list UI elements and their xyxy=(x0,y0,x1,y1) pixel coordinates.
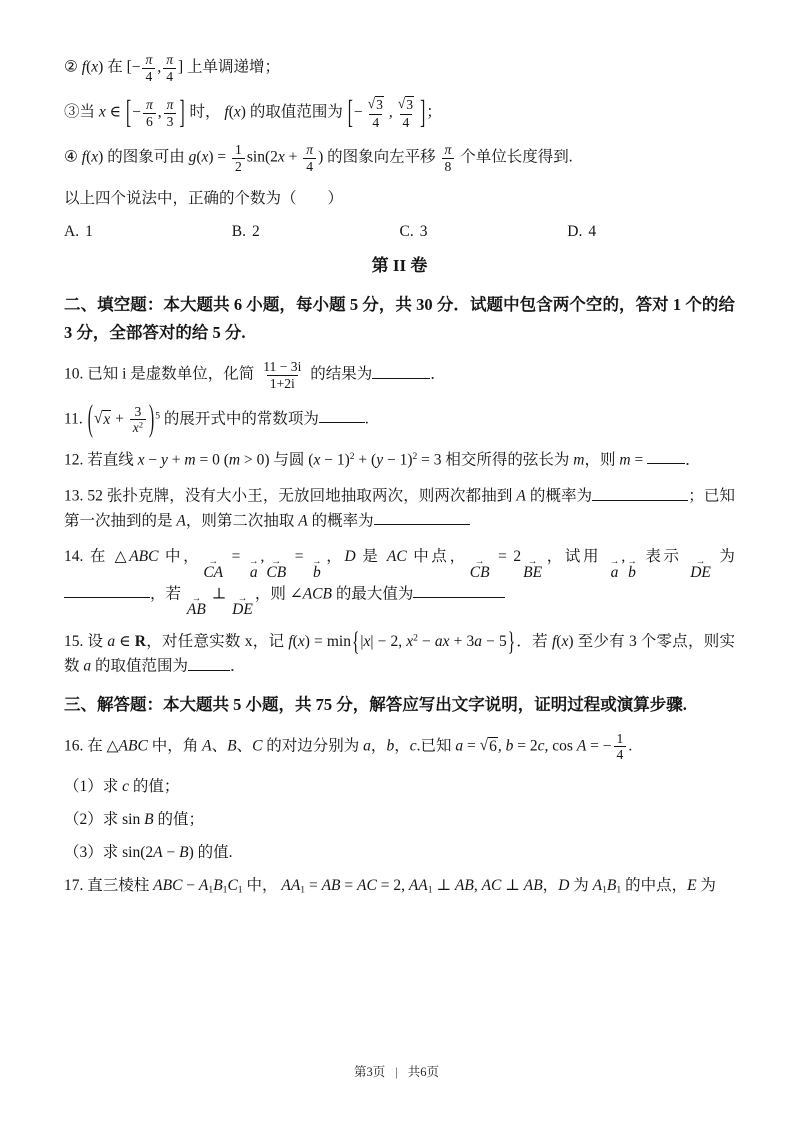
text-run: ] 上单调递增； xyxy=(178,59,280,76)
text-run: 4 xyxy=(145,69,152,84)
text-run: ，对任意实数 x，记 xyxy=(146,633,288,650)
text-run: ⊥ xyxy=(501,877,523,894)
math-run: y xyxy=(161,451,168,468)
radical-sign-icon: √ xyxy=(368,96,375,113)
numerator: 11 − 3i xyxy=(260,359,304,375)
text-run: = 2, xyxy=(377,877,409,894)
text-run: = 2 xyxy=(513,737,537,754)
answer-blank xyxy=(64,582,150,599)
text-run: 3 xyxy=(376,97,383,112)
math-run: c xyxy=(538,737,545,754)
math-run: m xyxy=(184,451,195,468)
text-run: − xyxy=(132,104,141,121)
radical: √3 xyxy=(398,96,414,113)
option-label: C. xyxy=(400,223,414,240)
delimiter: ] xyxy=(179,97,184,130)
text-run: 中点， xyxy=(407,548,468,565)
text-run: > 0) 与圆 ( xyxy=(240,451,313,468)
math-run: C xyxy=(227,877,237,894)
denominator: 1+2i xyxy=(267,375,298,392)
answer-blank xyxy=(647,448,685,465)
fraction: π8 xyxy=(442,142,455,174)
denominator: 4 xyxy=(400,114,413,131)
answer-blank xyxy=(592,484,688,501)
fraction: π6 xyxy=(143,97,156,129)
numerator: 3 xyxy=(132,404,145,420)
text-run: 4 xyxy=(306,159,313,174)
text-run: 的对边分别为 xyxy=(262,737,363,754)
text-run: ； xyxy=(426,104,442,121)
math-run: π xyxy=(306,142,313,157)
radicand: x xyxy=(102,410,111,430)
math-run: π xyxy=(445,142,452,157)
vector-body: CA xyxy=(203,564,223,581)
text-run: 表示 xyxy=(639,548,688,565)
text-run: + 3 xyxy=(450,633,475,650)
text-run: = 0 ( xyxy=(196,451,229,468)
radicand: 6 xyxy=(488,737,498,757)
delimiter: ) xyxy=(149,401,154,438)
text-run: 12. 若直线 xyxy=(64,451,138,468)
delimiter: [ xyxy=(126,97,131,130)
text-run: ，则 xyxy=(584,451,619,468)
fraction: 14 xyxy=(614,731,627,763)
question-16-part-2: （2）求 sin B 的值； xyxy=(64,808,735,832)
text-run: 的结果为 xyxy=(306,366,372,383)
text-run: ．若 xyxy=(516,633,552,650)
text-run: 第 II 卷 xyxy=(372,256,428,275)
vector-body: a xyxy=(250,564,258,581)
text-run: 个单位长度得到. xyxy=(456,149,572,166)
text-run: ⊥ xyxy=(433,877,455,894)
numerator: π xyxy=(442,142,455,158)
text-run: = xyxy=(631,451,648,468)
numerator: π xyxy=(164,97,177,113)
text-run: 8 xyxy=(445,159,452,174)
vector-body: a xyxy=(611,564,619,581)
numerator: 1 xyxy=(232,142,245,158)
vector: →CB xyxy=(266,559,286,581)
radical-sign-icon: √ xyxy=(94,410,103,430)
fraction: 3x2 xyxy=(130,404,146,436)
vector: →BE xyxy=(523,559,542,581)
vector: →DE xyxy=(232,596,253,618)
question-16-part-1: （1）求 c 的值； xyxy=(64,775,735,799)
text-run: ． xyxy=(430,366,446,383)
text-run: − 5 xyxy=(482,633,507,650)
fraction: π4 xyxy=(163,52,176,84)
text-run: 10. 已知 i 是虚数单位，化简 xyxy=(64,366,258,383)
text-run: 三、解答题：本大题共 5 小题，共 75 分，解答应写出文字说明，证明过程或演算… xyxy=(64,695,687,714)
numerator: π xyxy=(142,52,155,68)
denominator: 6 xyxy=(143,113,156,130)
math-run: A xyxy=(199,877,208,894)
text-run: 6 xyxy=(146,114,153,129)
section-2-header: 二、填空题：本大题共 6 小题，每小题 5 分，共 30 分．试题中包含两个空的… xyxy=(64,291,735,347)
fraction: 12 xyxy=(232,142,245,174)
text-run: , xyxy=(621,548,625,565)
text-run: 中， xyxy=(158,548,201,565)
text-run: ④ xyxy=(64,149,82,166)
radical: √3 xyxy=(368,96,384,113)
option-B: B.2 xyxy=(232,223,400,241)
text-run: 的值； xyxy=(129,778,179,795)
denominator: 4 xyxy=(369,114,382,131)
answer-blank xyxy=(374,509,470,526)
denominator: 2 xyxy=(232,158,245,175)
text-run: ) = min xyxy=(305,633,351,650)
text-run: 为 xyxy=(697,877,716,894)
math-run: B xyxy=(144,811,153,828)
text-run: − xyxy=(418,633,435,650)
math-run: c xyxy=(122,778,129,795)
math-run: D xyxy=(558,877,569,894)
vector: →a xyxy=(249,559,259,581)
text-run: ② xyxy=(64,59,82,76)
math-run: x xyxy=(99,104,106,121)
text-run: = xyxy=(225,548,247,565)
math-run: m xyxy=(229,451,240,468)
footer-separator: | xyxy=(395,1065,398,1079)
option-value: 4 xyxy=(588,223,596,240)
radicand: 3 xyxy=(405,96,414,113)
text-run: . xyxy=(365,410,369,427)
math-run: AB xyxy=(322,877,341,894)
text-run: − 1) xyxy=(320,451,349,468)
text-run: 的值； xyxy=(154,811,204,828)
text-run: , xyxy=(158,104,162,121)
math-run: E xyxy=(687,877,696,894)
text-run: − xyxy=(182,877,199,894)
text-run: 是 xyxy=(356,548,387,565)
text-run: ，试用 xyxy=(544,548,608,565)
text-run: ， xyxy=(543,877,559,894)
delimiter: ] xyxy=(420,97,425,130)
text-run: ) 的值. xyxy=(189,844,233,861)
text-run: 11 − 3i xyxy=(263,359,301,374)
math-run: D xyxy=(344,548,355,565)
vector: →DE xyxy=(690,559,711,581)
delimiter: { xyxy=(352,629,359,655)
text-run: ∈ xyxy=(115,633,135,650)
radicand: 3 xyxy=(375,96,384,113)
question-16: 16. 在 △ABC 中，角 A、B、C 的对边分别为 a，b，c.已知 a =… xyxy=(64,731,735,763)
math-run: a xyxy=(83,658,91,675)
text-run: 13. 52 张扑克牌，没有大小王，无放回地抽取两次，则两次都抽到 xyxy=(64,488,516,505)
text-run: ，则第二次抽取 xyxy=(186,512,298,529)
vector-body: CB xyxy=(470,564,490,581)
math-run: A xyxy=(202,737,211,754)
text-run: 的最大值为 xyxy=(332,585,413,602)
question-9-options: A.1B.2C.3D.4 xyxy=(64,223,735,241)
option-value: 1 xyxy=(85,223,93,240)
text-run: 17. 直三棱柱 xyxy=(64,877,153,894)
text-run: , xyxy=(498,737,506,754)
footer-page-number: 第3页 xyxy=(354,1065,385,1079)
vector: →AB xyxy=(187,596,206,618)
question-10: 10. 已知 i 是虚数单位，化简 11 − 3i1+2i 的结果为． xyxy=(64,359,735,391)
text-run: . xyxy=(628,737,632,754)
vector-body: DE xyxy=(690,564,711,581)
text-run: = xyxy=(463,737,480,754)
math-run: a xyxy=(455,737,463,754)
denominator: x2 xyxy=(130,419,146,436)
radical-sign-icon: √ xyxy=(480,737,489,757)
question-16-part-3: （3）求 sin(2A − B) 的值. xyxy=(64,841,735,865)
text-run: + xyxy=(111,410,128,427)
delimiter: [ xyxy=(348,97,353,130)
text-run: 二、填空题：本大题共 6 小题，每小题 5 分，共 30 分．试题中包含两个空的… xyxy=(64,295,735,342)
numerator: √3 xyxy=(365,96,387,113)
text-run: ) 在 [− xyxy=(98,59,140,76)
text-run: ) 的取值范围为 xyxy=(241,104,347,121)
numerator: π xyxy=(143,97,156,113)
question-9-stem-end: 以上四个说法中，正确的个数为（ ） xyxy=(64,187,735,211)
math-run: ax xyxy=(435,633,450,650)
question-11: 11. (√x + 3x2)5 的展开式中的常数项为. xyxy=(64,404,735,436)
option-C: C.3 xyxy=(400,223,568,241)
math-run: x xyxy=(138,451,145,468)
math-run: x xyxy=(234,104,241,121)
vector: →CB xyxy=(470,559,490,581)
delimiter: } xyxy=(508,629,515,655)
text-run: 2 xyxy=(235,159,242,174)
text-run: ， xyxy=(324,548,345,565)
statement-4: ④ f(x) 的图象可由 g(x) = 12sin(2x + π4) 的图象向左… xyxy=(64,142,735,174)
radical: √6 xyxy=(480,737,498,757)
radical-sign-icon: √ xyxy=(398,96,405,113)
text-run: 3 xyxy=(167,114,174,129)
fraction: π4 xyxy=(303,142,316,174)
text-run: ) 的图象向左平移 xyxy=(318,149,439,166)
text-run: = xyxy=(341,877,358,894)
option-value: 2 xyxy=(252,223,260,240)
footer-total-pages: 共6页 xyxy=(408,1065,439,1079)
math-run: A xyxy=(516,488,525,505)
math-run: AA xyxy=(281,877,300,894)
math-run: a xyxy=(107,633,115,650)
text-run: 、 xyxy=(212,737,228,754)
text-run: 的概率为 xyxy=(308,512,374,529)
text-run: sin(2 xyxy=(247,149,278,166)
math-run: A xyxy=(153,844,162,861)
math-run: A xyxy=(298,512,307,529)
math-run: B xyxy=(607,877,616,894)
text-run: 2 xyxy=(139,420,143,430)
statement-3: ③当 x ∈ [−π6,π3] 时， f(x) 的取值范围为 [−√34,√34… xyxy=(64,96,735,130)
numerator: π xyxy=(303,142,316,158)
math-run: m xyxy=(573,451,584,468)
text-run: 1 xyxy=(617,731,624,746)
text-run: 时， xyxy=(186,104,225,121)
statement-2: ② f(x) 在 [−π4,π4] 上单调递增； xyxy=(64,52,735,84)
vector-body: b xyxy=(313,564,321,581)
text-run: ⊥ xyxy=(208,585,230,602)
math-run: ABC xyxy=(129,548,158,565)
math-run: x xyxy=(103,411,110,428)
text-run: ， xyxy=(394,737,410,754)
question-17: 17. 直三棱柱 ABC − A1B1C1 中， AA1 = AB = AC =… xyxy=(64,874,735,898)
math-run: AB xyxy=(455,877,474,894)
denominator: 8 xyxy=(442,158,455,175)
denominator: 4 xyxy=(303,158,316,175)
text-run: ③当 xyxy=(64,104,99,121)
text-run: 的取值范围为 xyxy=(91,658,188,675)
text-run: 、 xyxy=(237,737,253,754)
text-run: 3 xyxy=(135,404,142,419)
answer-blank xyxy=(319,407,365,424)
option-A: A.1 xyxy=(64,223,232,241)
part-2-title: 第 II 卷 xyxy=(64,253,735,279)
text-run: ， xyxy=(371,737,387,754)
text-run: , cos xyxy=(545,737,577,754)
text-run: − 1) xyxy=(383,451,412,468)
text-run: 4 xyxy=(403,115,410,130)
fraction: π3 xyxy=(164,97,177,129)
text-run: 的中点， xyxy=(621,877,687,894)
text-run: 14. 在 △ xyxy=(64,548,129,565)
math-run: π xyxy=(167,97,174,112)
math-run: ABC xyxy=(119,737,148,754)
denominator: 4 xyxy=(142,68,155,85)
math-run: m xyxy=(619,451,630,468)
text-run: = 2 xyxy=(492,548,522,565)
vector-body: DE xyxy=(232,601,253,618)
page-footer: 第3页|共6页 xyxy=(0,1062,793,1080)
text-run: + xyxy=(168,451,185,468)
question-12: 12. 若直线 x − y + m = 0 (m > 0) 与圆 (x − 1)… xyxy=(64,448,735,473)
math-run: ACB xyxy=(303,585,332,602)
question-13: 13. 52 张扑克牌，没有大小王，无放回地抽取两次，则两次都抽到 A 的概率为… xyxy=(64,484,735,533)
math-run: π xyxy=(166,52,173,67)
text-run: + xyxy=(285,149,302,166)
text-run: 1 xyxy=(235,142,242,157)
math-run: AB xyxy=(524,877,543,894)
math-run: c xyxy=(410,737,417,754)
text-run: = xyxy=(288,548,310,565)
option-value: 3 xyxy=(420,223,428,240)
text-run: （1）求 xyxy=(64,778,122,795)
text-run: ． xyxy=(685,451,701,468)
text-run: 为 xyxy=(569,877,592,894)
denominator: 4 xyxy=(614,746,627,763)
math-run: AC xyxy=(482,877,502,894)
text-run: 中， xyxy=(243,877,282,894)
math-run: a xyxy=(474,633,482,650)
answer-blank xyxy=(413,582,505,599)
text-run: 16. 在 △ xyxy=(64,737,119,754)
text-run: = − xyxy=(586,737,611,754)
text-run: − xyxy=(354,104,363,121)
text-run: ． xyxy=(230,658,246,675)
math-run: ABC xyxy=(153,877,182,894)
text-run: 为 xyxy=(713,548,735,565)
vector-body: BE xyxy=(523,564,542,581)
vector: →a xyxy=(610,559,620,581)
text-run: ) = xyxy=(208,149,230,166)
math-run: B xyxy=(213,877,222,894)
superscript: 2 xyxy=(139,420,143,430)
math-run: AC xyxy=(357,877,377,894)
text-run: 的展开式中的常数项为 xyxy=(160,410,319,427)
vector: →b xyxy=(312,559,322,581)
text-run: = xyxy=(305,877,322,894)
denominator: 3 xyxy=(164,113,177,130)
exam-page-content: ② f(x) 在 [−π4,π4] 上单调递增；③当 x ∈ [−π6,π3] … xyxy=(64,52,735,910)
text-run: 4 xyxy=(372,115,379,130)
text-run: （2）求 sin xyxy=(64,811,144,828)
fraction: √34 xyxy=(365,96,387,130)
math-run: π xyxy=(146,97,153,112)
numerator: 1 xyxy=(614,731,627,747)
text-run: 6 xyxy=(489,738,497,755)
math-run: B xyxy=(227,737,236,754)
question-14: 14. 在 △ABC 中，→CA = →a,→CB = →b，D 是 AC 中点… xyxy=(64,545,735,618)
math-run: A xyxy=(577,737,586,754)
question-15: 15. 设 a ∈ R，对任意实数 x，记 f(x) = min{|x| − 2… xyxy=(64,630,735,679)
denominator: 4 xyxy=(163,68,176,85)
text-run: 15. 设 xyxy=(64,633,107,650)
vector: →CA xyxy=(203,559,223,581)
text-run: 的概率为 xyxy=(526,488,592,505)
vector: →b xyxy=(627,559,637,581)
math-run: A xyxy=(176,512,185,529)
text-run: 1+2i xyxy=(270,376,295,391)
text-run: .已知 xyxy=(417,737,456,754)
text-run: = 3 相交所得的弦长为 xyxy=(417,451,573,468)
answer-blank xyxy=(372,362,430,379)
option-label: D. xyxy=(567,223,582,240)
math-run: AA xyxy=(409,877,428,894)
vector-body: CB xyxy=(266,564,286,581)
option-label: A. xyxy=(64,223,79,240)
math-run: A xyxy=(593,877,602,894)
math-bold-run: R xyxy=(135,633,146,650)
text-run: ∈ xyxy=(106,104,125,121)
text-run: 4 xyxy=(617,747,624,762)
text-run: ) 的图象可由 xyxy=(98,149,188,166)
text-run: （3）求 sin(2 xyxy=(64,844,153,861)
answer-blank xyxy=(188,654,230,671)
radical: √x xyxy=(94,410,111,430)
text-run: , xyxy=(157,59,161,76)
numerator: π xyxy=(163,52,176,68)
text-run: 3 xyxy=(406,97,413,112)
math-run: x xyxy=(298,633,305,650)
math-run: AC xyxy=(387,548,407,565)
text-run: + ( xyxy=(355,451,377,468)
math-run: π xyxy=(145,52,152,67)
text-run: , xyxy=(261,548,265,565)
text-run: , xyxy=(389,104,393,121)
text-run: 以上四个说法中，正确的个数为（ ） xyxy=(64,190,343,207)
fraction: π4 xyxy=(142,52,155,84)
text-run: 4 xyxy=(166,69,173,84)
math-run: B xyxy=(179,844,188,861)
option-label: B. xyxy=(232,223,246,240)
numerator: √3 xyxy=(395,96,417,113)
text-run: ，则 ∠ xyxy=(255,585,303,602)
vector-body: b xyxy=(628,564,636,581)
text-run: | − 2, xyxy=(370,633,406,650)
text-run: 中，角 xyxy=(148,737,202,754)
option-D: D.4 xyxy=(567,223,735,241)
fraction: √34 xyxy=(395,96,417,130)
math-run: C xyxy=(252,737,262,754)
text-run: − xyxy=(163,844,180,861)
section-3-header: 三、解答题：本大题共 5 小题，共 75 分，解答应写出文字说明，证明过程或演算… xyxy=(64,691,735,719)
text-run: , xyxy=(474,877,482,894)
